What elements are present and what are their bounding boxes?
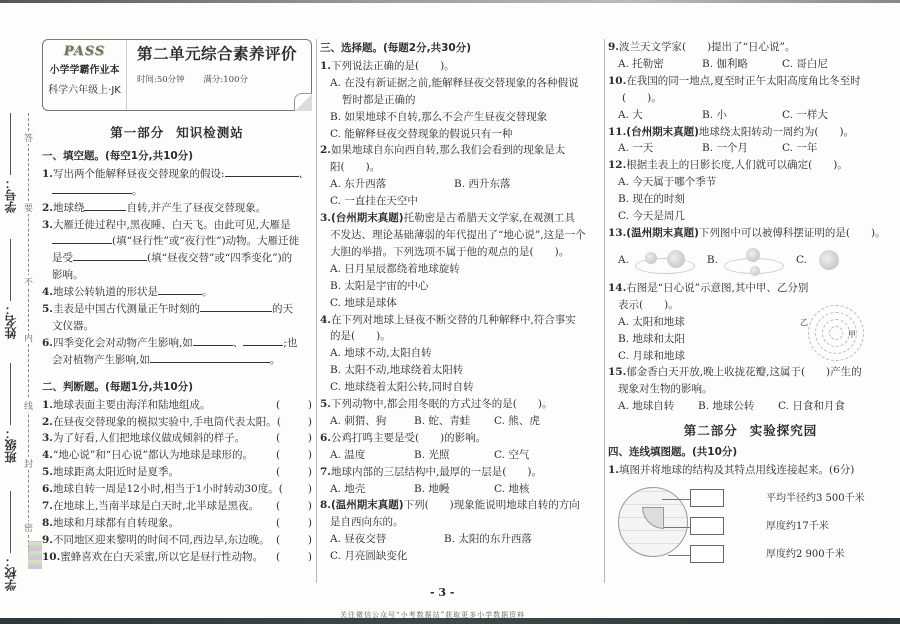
q-text: 托勒密是古希腊天文学家,在观测工具	[404, 212, 575, 224]
heliocentric-diagram: 乙 甲	[808, 305, 864, 361]
paren-right: )	[308, 498, 312, 515]
option-c[interactable]: C. 一样大	[782, 107, 828, 124]
option-c[interactable]: C. 哥白尼	[782, 56, 828, 73]
q-num: 10.	[42, 551, 60, 563]
paren-right: )	[308, 515, 312, 532]
q-text: (填“昼行性”或“夜行性”)动物。大雁迁徙	[112, 235, 299, 247]
title-block: 第二单元综合素养评价 时间:50分钟 满分:100分	[127, 40, 311, 110]
option-c[interactable]: C. 能解释昼夜交替现象的假说只有一种	[320, 126, 605, 143]
judge-item: 10.蜜蜂喜欢在白天采蜜,所以它是昼行性动物。()	[42, 549, 312, 566]
q-num: 7.	[42, 500, 53, 512]
q-text: 是受	[52, 252, 73, 264]
option-c[interactable]: C. 一年	[782, 140, 817, 157]
option-a[interactable]: A. 地球自转	[618, 398, 698, 415]
q-num: 5.	[320, 398, 331, 410]
judge-text: 6.地球自转一周是12小时,相当于1小时转动30度。	[42, 481, 279, 498]
q-num: 11.	[608, 126, 626, 138]
answer-blank[interactable]	[243, 335, 283, 346]
option-c[interactable]: C. 地球绕着太阳公转,同时自转	[320, 379, 605, 396]
judge-text: 5.地球距离太阳近时是夏季。	[42, 464, 179, 481]
judge-text: 9.不同地区迎来黎明的时间不同,西边早,东边晚。	[42, 532, 270, 549]
judge-text: 8.地球和月球都有自转现象。	[42, 515, 179, 532]
q-num: 15.	[608, 366, 626, 378]
choice-question-8: 8.(温州期末真题)下列( )现象能说明地球自转的方向 是自西向东的。 A. 昼…	[320, 497, 605, 565]
exam-page: 学号： 姓名： 班级： 学校： 答 要 不 内 线 封 密 PASS 小学学霸作…	[0, 3, 900, 618]
page-title: 第二单元综合素养评价	[137, 46, 311, 63]
q-num: 4.	[42, 449, 53, 461]
q-text: 郁金香白天开放,晚上收拢花瓣,这属于( )产生的	[626, 366, 861, 378]
answer-parens[interactable]: ()	[276, 397, 312, 414]
option-a[interactable]: A. 今天属于哪个季节	[608, 174, 893, 191]
choice-question-1: 1.下列说法正确的是( )。 A. 在没有新证据之前,能解释昼夜交替现象的各种假…	[320, 58, 605, 143]
q-text: 四季变化会对动物产生影响,如	[53, 337, 193, 349]
q-num: 4.	[320, 314, 331, 326]
answer-blank[interactable]	[52, 183, 132, 194]
q-text: 阳( )。	[320, 159, 605, 176]
part-2-title: 第二部分实验探究园	[608, 423, 893, 440]
answer-parens[interactable]: ()	[276, 464, 312, 481]
judge-text: 2.在昼夜交替现象的模拟实验中,手电筒代表太阳。	[42, 414, 277, 431]
label-yi: 乙	[800, 317, 808, 328]
q-num: 2.	[42, 416, 53, 428]
figure-options: A. B. C.	[608, 242, 893, 280]
choice-question-7: 7.地球内部的三层结构中,最厚的一层是( )。 A. 地壳B. 地幔C. 地核	[320, 464, 605, 498]
q-text: 大胆的举措。下列选项不属于他的观点的是( )。	[320, 244, 605, 261]
answer-parens[interactable]: ()	[276, 515, 312, 532]
label-connector	[662, 499, 690, 500]
options-row: A. 温度B. 光照C. 空气	[320, 447, 605, 464]
part-label: 第二部分	[684, 423, 738, 438]
option-a-cont: 暂时都是正确的	[320, 92, 605, 109]
option-b[interactable]: B. 地球公转	[698, 398, 778, 415]
option-c[interactable]: C. 一直挂在天空中	[320, 193, 605, 210]
q-text: 地球距离太阳近时是夏季。	[53, 466, 179, 478]
q-text: 填图并将地球的结构及其特点用线连接起来。(6分)	[619, 464, 854, 476]
q-num: 1.	[42, 168, 53, 180]
answer-blank[interactable]	[193, 335, 233, 346]
q-text: 下列图中可以被傅科摆证明的是( )。	[699, 227, 886, 239]
part-name: 知识检测站	[176, 125, 244, 140]
option-b[interactable]: B. 伽利略	[702, 56, 782, 73]
option-a[interactable]: A. 刺猬、狗	[330, 413, 414, 430]
part-name: 实验探究园	[750, 423, 818, 438]
fill-question-1: 1.写出两个能解释昼夜交替现象的假设:、 。	[42, 166, 312, 200]
label-connector	[668, 555, 690, 556]
paren-left: (	[276, 515, 280, 532]
choice-question-2: 2.如果地球自东向西自转,那么我们会看到的现象是太 阳( )。 A. 东升西落B…	[320, 142, 605, 210]
option-b[interactable]: B. 小	[702, 107, 782, 124]
q-num: 3.	[42, 432, 53, 444]
choice-question-13: 13.(温州期末真题)下列图中可以被傅科摆证明的是( )。 A. B. C.	[608, 225, 893, 280]
options-row: A. 昼夜交替B. 太阳的东升西落	[320, 531, 605, 548]
option-b[interactable]: B. 地幔	[414, 481, 494, 498]
choice-question-3: 3.(台州期末真题)托勒密是古希腊天文学家,在观测工具 不发达、理论基础薄弱的年…	[320, 210, 605, 311]
q-text: 、	[299, 168, 310, 180]
cut-char: 答	[24, 131, 33, 144]
core-label-box[interactable]	[690, 545, 724, 563]
paren-right: )	[308, 464, 312, 481]
cut-char: 内	[24, 331, 33, 344]
judge-item: 2.在昼夜交替现象的模拟实验中,手电筒代表太阳。()	[42, 414, 312, 431]
answer-parens[interactable]: ()	[276, 532, 312, 549]
option-b[interactable]: B. 一个月	[702, 140, 782, 157]
section-choice-title: 三、选择题。(每题2分,共30分)	[320, 40, 605, 57]
fill-question-2: 2.地球绕自转,并产生了昼夜交替现象。	[42, 200, 312, 217]
q-text: 自转,并产生了昼夜交替现象。	[126, 202, 266, 214]
judge-item: 4.“地心说”和“日心说”都认为地球是球形的。()	[42, 447, 312, 464]
name-field[interactable]: 姓名：	[2, 239, 19, 339]
paren-right: )	[308, 447, 312, 464]
q-num: 1.	[608, 464, 619, 476]
options-row: A. 一天B. 一个月C. 一年	[608, 140, 893, 157]
cut-char: 封	[24, 457, 33, 470]
q-text: 影响。	[52, 269, 84, 281]
option-b[interactable]: B.	[707, 252, 718, 269]
q-text: 地球和月球都有自转现象。	[53, 517, 179, 529]
crust-label-box[interactable]	[690, 489, 724, 507]
q-num: 6.	[320, 432, 331, 444]
paren-right: )	[308, 532, 312, 549]
judge-text: 10.蜜蜂喜欢在白天采蜜,所以它是昼行性动物。	[42, 549, 263, 566]
brand-block: PASS 小学学霸作业本 科学六年级上·JK	[43, 40, 127, 110]
section-fill-title: 一、填空题。(每空1分,共10分)	[42, 148, 312, 165]
q-text: 在昼夜交替现象的模拟实验中,手电筒代表太阳。	[53, 416, 277, 428]
q-num: 2.	[42, 202, 53, 214]
scan-bottom-edge	[0, 618, 900, 624]
q-num: 13.	[608, 227, 626, 239]
earth-orbit-sun-figure-icon[interactable]	[635, 246, 695, 276]
paren-left: (	[277, 414, 281, 431]
paren-right: )	[308, 549, 312, 566]
judge-item: 6.地球自转一周是12小时,相当于1小时转动30度。()	[42, 481, 312, 498]
options-row: A. 地壳B. 地幔C. 地核	[320, 481, 605, 498]
q-text: 圭表是中国古代测量正午时刻的	[53, 303, 200, 315]
option-a[interactable]: A.	[618, 252, 629, 269]
cut-char: 密	[24, 521, 33, 534]
q-num: 3.	[42, 219, 53, 231]
q-text: ( )。	[608, 90, 893, 107]
column-1: PASS 小学学霸作业本 科学六年级上·JK 第二单元综合素养评价 时间:50分…	[42, 39, 312, 566]
q-text: 不同地区迎来黎明的时间不同,西边早,东边晚。	[53, 534, 270, 546]
option-c[interactable]: C. 地核	[494, 481, 529, 498]
answer-parens[interactable]: ()	[276, 447, 312, 464]
judge-item: 7.在地球上,当南半球是白天时,北半球是黑夜。()	[42, 498, 312, 515]
q-num: 12.	[608, 159, 626, 171]
q-text: 写出两个能解释昼夜交替现象的假设:	[53, 168, 225, 180]
q-text: 。	[270, 354, 281, 366]
choice-question-4: 4.在下列对地球上昼夜不断交替的几种解释中,符合事实 的是( )。 A. 地球不…	[320, 312, 605, 397]
earth-rotation-figure-icon[interactable]	[813, 246, 843, 276]
q-text: 是自西向东的。	[320, 514, 605, 531]
options-row: A. 托勒密B. 伽利略C. 哥白尼	[608, 56, 893, 73]
q-text: 地球内部的三层结构中,最厚的一层是( )。	[331, 466, 542, 478]
q-text: 。	[202, 286, 213, 298]
options-row: A. 刺猬、狗B. 蛇、青蛙C. 熊、虎	[320, 413, 605, 430]
label-connector	[664, 527, 690, 528]
choice-question-12: 12.根据圭表上的日影长度,人们就可以确定( )。 A. 今天属于哪个季节 B.…	[608, 157, 893, 225]
q-num: 7.	[320, 466, 331, 478]
paren-left: (	[279, 481, 283, 498]
q-text: 下列动物中,都会用冬眠的方式过冬的是( )。	[331, 398, 553, 410]
judge-item: 9.不同地区迎来黎明的时间不同,西边早,东边晚。()	[42, 532, 312, 549]
choice-question-6: 6.公鸡打鸣主要是受( )的影响。 A. 温度B. 光照C. 空气	[320, 430, 605, 464]
q-text: 在下列对地球上昼夜不断交替的几种解释中,符合事实	[331, 314, 576, 326]
q-text: 会对植物产生影响,如	[52, 354, 150, 366]
source-tag: (台州期末真题)	[626, 126, 699, 138]
option-b[interactable]: B. 蛇、青蛙	[414, 413, 494, 430]
q-text: 地球绕太阳转动一周约为( )。	[699, 126, 854, 138]
answer-parens[interactable]: ()	[276, 430, 312, 447]
answer-blank[interactable]	[84, 200, 126, 211]
answer-parens[interactable]: ()	[276, 549, 312, 566]
paren-left: (	[276, 532, 280, 549]
pass-logo: PASS	[43, 44, 126, 61]
part-1-title: 第一部分知识检测站	[42, 125, 312, 142]
source-tag: (温州期末真题)	[331, 499, 404, 511]
q-text: 公鸡打鸣主要是受( )的影响。	[331, 432, 486, 444]
option-b[interactable]: B. 如果地球不自转,那么不会产生昼夜交替现象	[320, 109, 605, 126]
option-b[interactable]: B. 太阳不动,地球绕着太阳转	[320, 362, 605, 379]
q-num: 8.	[320, 499, 331, 511]
q-text: 下列( )现象能说明地球自转的方向	[404, 499, 580, 511]
option-a[interactable]: A. 温度	[330, 447, 414, 464]
option-a[interactable]: A. 一天	[618, 140, 702, 157]
paren-left: (	[276, 549, 280, 566]
sun-orbit-earth-figure-icon[interactable]	[724, 246, 784, 276]
q-text: “地心说”和“日心说”都认为地球是球形的。	[53, 449, 253, 461]
q-text: 在地球上,当南半球是白天时,北半球是黑夜。	[53, 500, 259, 512]
option-a[interactable]: A. 托勒密	[618, 56, 702, 73]
q-text: 地球表面主要由海洋和陆地组成。	[53, 399, 211, 411]
page-fold-icon	[294, 93, 312, 111]
choice-question-9: 9.波兰天文学家( )提出了“日心说”。 A. 托勒密B. 伽利略C. 哥白尼	[608, 39, 893, 73]
option-c[interactable]: C. 日食和月食	[778, 398, 845, 415]
option-b[interactable]: B. 太阳是宇宙的中心	[320, 278, 605, 295]
option-a[interactable]: A. 在没有新证据之前,能解释昼夜交替现象的各种假说	[320, 75, 605, 92]
q-text: 根据圭表上的日影长度,人们就可以确定( )。	[626, 159, 848, 171]
q-text: ;也	[283, 337, 297, 349]
option-b[interactable]: B. 现在的时刻	[608, 191, 893, 208]
answer-blank[interactable]	[73, 250, 147, 261]
fill-question-3: 3.大雁迁徙过程中,黑夜睡、白天飞。由此可见,大雁是 (填“昼行性”或“夜行性”…	[42, 217, 312, 285]
label-jia: 甲	[848, 329, 856, 340]
source-tag: (台州期末真题)	[331, 212, 404, 224]
q-text: 右图是“日心说”示意图,其中甲、乙分别	[626, 282, 808, 294]
q-text: 大雁迁徙过程中,黑夜睡、白天飞。由此可见,大雁是	[53, 219, 291, 231]
answer-parens[interactable]: ()	[276, 498, 312, 515]
judge-item: 3.为了好看,人们把地球仪做成倾斜的样子。()	[42, 430, 312, 447]
binding-margin: 学号： 姓名： 班级： 学校： 答 要 不 内 线 封 密	[0, 113, 40, 593]
q-num: 10.	[608, 75, 626, 87]
q-text: 的天	[272, 303, 293, 315]
q-text: 地球公转轨道的形状是	[53, 286, 158, 298]
school-field[interactable]: 学校：	[2, 491, 19, 591]
brand-name: 小学学霸作业本	[43, 63, 126, 80]
option-c[interactable]: C. 熊、虎	[494, 413, 540, 430]
q-num: 4.	[42, 286, 53, 298]
judge-text: 3.为了好看,人们把地球仪做成倾斜的样子。	[42, 430, 245, 447]
grade-label: 科学六年级上·JK	[43, 83, 126, 100]
q-text: 现象对生物的影响。	[608, 381, 893, 398]
paren-left: (	[276, 397, 280, 414]
feature-crust[interactable]: 厚度约17千米	[766, 519, 829, 536]
source-tag: (温州期末真题)	[626, 227, 699, 239]
paren-right: )	[308, 397, 312, 414]
judge-list: 1.地球表面主要由海洋和陆地组成。()2.在昼夜交替现象的模拟实验中,手电筒代表…	[42, 397, 312, 566]
answer-blank[interactable]	[150, 352, 270, 363]
option-c[interactable]: C. 空气	[494, 447, 529, 464]
option-c[interactable]: C.	[796, 252, 807, 269]
section-connect-title: 四、连线填图题。(共10分)	[608, 444, 893, 461]
q-text: 。	[132, 185, 143, 197]
q-text: 如果地球自东向西自转,那么我们会看到的现象是太	[331, 144, 565, 156]
choice-question-15: 15.郁金香白天开放,晚上收拢花瓣,这属于( )产生的 现象对生物的影响。 A.…	[608, 364, 893, 415]
q-num: 1.	[42, 399, 53, 411]
q-text: 不发达、理论基础薄弱的年代提出了“地心说”,这是一个	[320, 227, 605, 244]
full-score: 满分:100分	[203, 75, 248, 85]
q-text: 为了好看,人们把地球仪做成倾斜的样子。	[53, 432, 245, 444]
connect-question-1: 1.填图并将地球的结构及其特点用线连接起来。(6分) 平均半径约3 500千米 …	[608, 462, 893, 571]
section-judge-title: 二、判断题。(每题1分,共10分)	[42, 379, 312, 396]
cut-char: 要	[24, 201, 33, 214]
q-num: 6.	[42, 483, 53, 495]
q-num: 1.	[320, 60, 331, 72]
q-num: 5.	[42, 466, 53, 478]
answer-blank[interactable]	[158, 284, 202, 295]
fill-question-6: 6.四季变化会对动物产生影响,如、;也 会对植物产生影响,如。	[42, 335, 312, 369]
column-divider	[316, 39, 317, 583]
column-2: 三、选择题。(每题2分,共30分) 1.下列说法正确的是( )。 A. 在没有新…	[320, 39, 605, 565]
student-number-field[interactable]: 学号：	[2, 113, 19, 213]
judge-item: 8.地球和月球都有自转现象。()	[42, 515, 312, 532]
cut-char: 不	[24, 275, 33, 288]
paren-right: )	[308, 481, 312, 498]
paren-right: )	[308, 414, 312, 431]
judge-item: 5.地球距离太阳近时是夏季。()	[42, 464, 312, 481]
judge-item: 1.地球表面主要由海洋和陆地组成。()	[42, 397, 312, 414]
cut-char: 线	[24, 399, 33, 412]
paren-left: (	[276, 498, 280, 515]
header-box: PASS 小学学霸作业本 科学六年级上·JK 第二单元综合素养评价 时间:50分…	[42, 39, 312, 111]
q-num: 14.	[608, 282, 626, 294]
option-a[interactable]: A. 昼夜交替	[330, 531, 444, 548]
qr-code-icon	[28, 541, 42, 569]
q-num: 5.	[42, 303, 53, 315]
option-a[interactable]: A. 地壳	[330, 481, 414, 498]
exam-meta: 时间:50分钟 满分:100分	[137, 72, 311, 89]
feature-mantle[interactable]: 厚度约2 900千米	[766, 547, 845, 564]
q-num: 9.	[608, 41, 619, 53]
option-a[interactable]: A. 东升西落	[330, 176, 454, 193]
paren-right: )	[308, 430, 312, 447]
option-c[interactable]: C. 月亮圆缺变化	[320, 548, 605, 565]
feature-radius[interactable]: 平均半径约3 500千米	[766, 491, 865, 508]
option-b[interactable]: B. 太阳的东升西落	[444, 531, 532, 548]
earth-structure-diagram: 平均半径约3 500千米 厚度约17千米 厚度约2 900千米	[608, 481, 893, 571]
q-text: 波兰天文学家( )提出了“日心说”。	[619, 41, 795, 53]
answer-blank[interactable]	[200, 301, 272, 312]
judge-text: 7.在地球上,当南半球是白天时,北半球是黑夜。	[42, 498, 259, 515]
option-c[interactable]: C. 今天是周几	[608, 208, 893, 225]
option-a[interactable]: A. 大	[618, 107, 702, 124]
answer-blank[interactable]	[225, 166, 299, 177]
q-text: 文仪器。	[52, 320, 94, 332]
part-label: 第一部分	[110, 125, 164, 140]
q-num: 2.	[320, 144, 331, 156]
q-text: 在我国的同一地点,夏至时正午太阳高度角比冬至时	[626, 75, 860, 87]
paren-left: (	[276, 464, 280, 481]
option-a[interactable]: A. 日月星辰都绕着地球旋转	[320, 261, 605, 278]
judge-text: 1.地球表面主要由海洋和陆地组成。	[42, 397, 210, 414]
class-field[interactable]: 班级：	[2, 363, 19, 463]
option-a[interactable]: A. 地球不动,太阳自转	[320, 345, 605, 362]
q-num: 9.	[42, 534, 53, 546]
paren-left: (	[276, 430, 280, 447]
q-text: 地球绕	[53, 202, 85, 214]
page-number: - 3 -	[430, 586, 454, 599]
fill-question-4: 4.地球公转轨道的形状是。	[42, 284, 312, 301]
judge-text: 4.“地心说”和“日心说”都认为地球是球形的。	[42, 447, 253, 464]
options-row: A. 东升西落B. 西升东落	[320, 176, 605, 193]
options-row: A. 大B. 小C. 一样大	[608, 107, 893, 124]
q-text: (填“昼夜交替”或“四季变化”)的	[147, 252, 292, 264]
answer-parens[interactable]: ()	[277, 414, 312, 431]
q-num: 6.	[42, 337, 53, 349]
choice-question-5: 5.下列动物中,都会用冬眠的方式过冬的是( )。 A. 刺猬、狗B. 蛇、青蛙C…	[320, 396, 605, 430]
mantle-label-box[interactable]	[690, 517, 724, 535]
time-limit: 时间:50分钟	[137, 75, 185, 85]
fill-question-5: 5.圭表是中国古代测量正午时刻的的天 文仪器。	[42, 301, 312, 335]
q-num: 3.	[320, 212, 331, 224]
q-text: 下列说法正确的是( )。	[331, 60, 455, 72]
paren-left: (	[276, 447, 280, 464]
option-b[interactable]: B. 西升东落	[454, 176, 510, 193]
q-text: 、	[233, 337, 244, 349]
q-text: 蜜蜂喜欢在白天采蜜,所以它是昼行性动物。	[60, 551, 263, 563]
option-c[interactable]: C. 地球是球体	[320, 295, 605, 312]
answer-blank[interactable]	[52, 233, 112, 244]
choice-question-11: 11.(台州期末真题)地球绕太阳转动一周约为( )。 A. 一天B. 一个月C.…	[608, 124, 893, 158]
choice-question-10: 10.在我国的同一地点,夏至时正午太阳高度角比冬至时 ( )。 A. 大B. 小…	[608, 73, 893, 124]
option-b[interactable]: B. 光照	[414, 447, 494, 464]
options-row: A. 地球自转B. 地球公转C. 日食和月食	[608, 398, 893, 415]
q-text: 的是( )。	[320, 328, 605, 345]
answer-parens[interactable]: ()	[279, 481, 312, 498]
q-text: 地球自转一周是12小时,相当于1小时转动30度。	[53, 483, 279, 495]
q-num: 8.	[42, 517, 53, 529]
